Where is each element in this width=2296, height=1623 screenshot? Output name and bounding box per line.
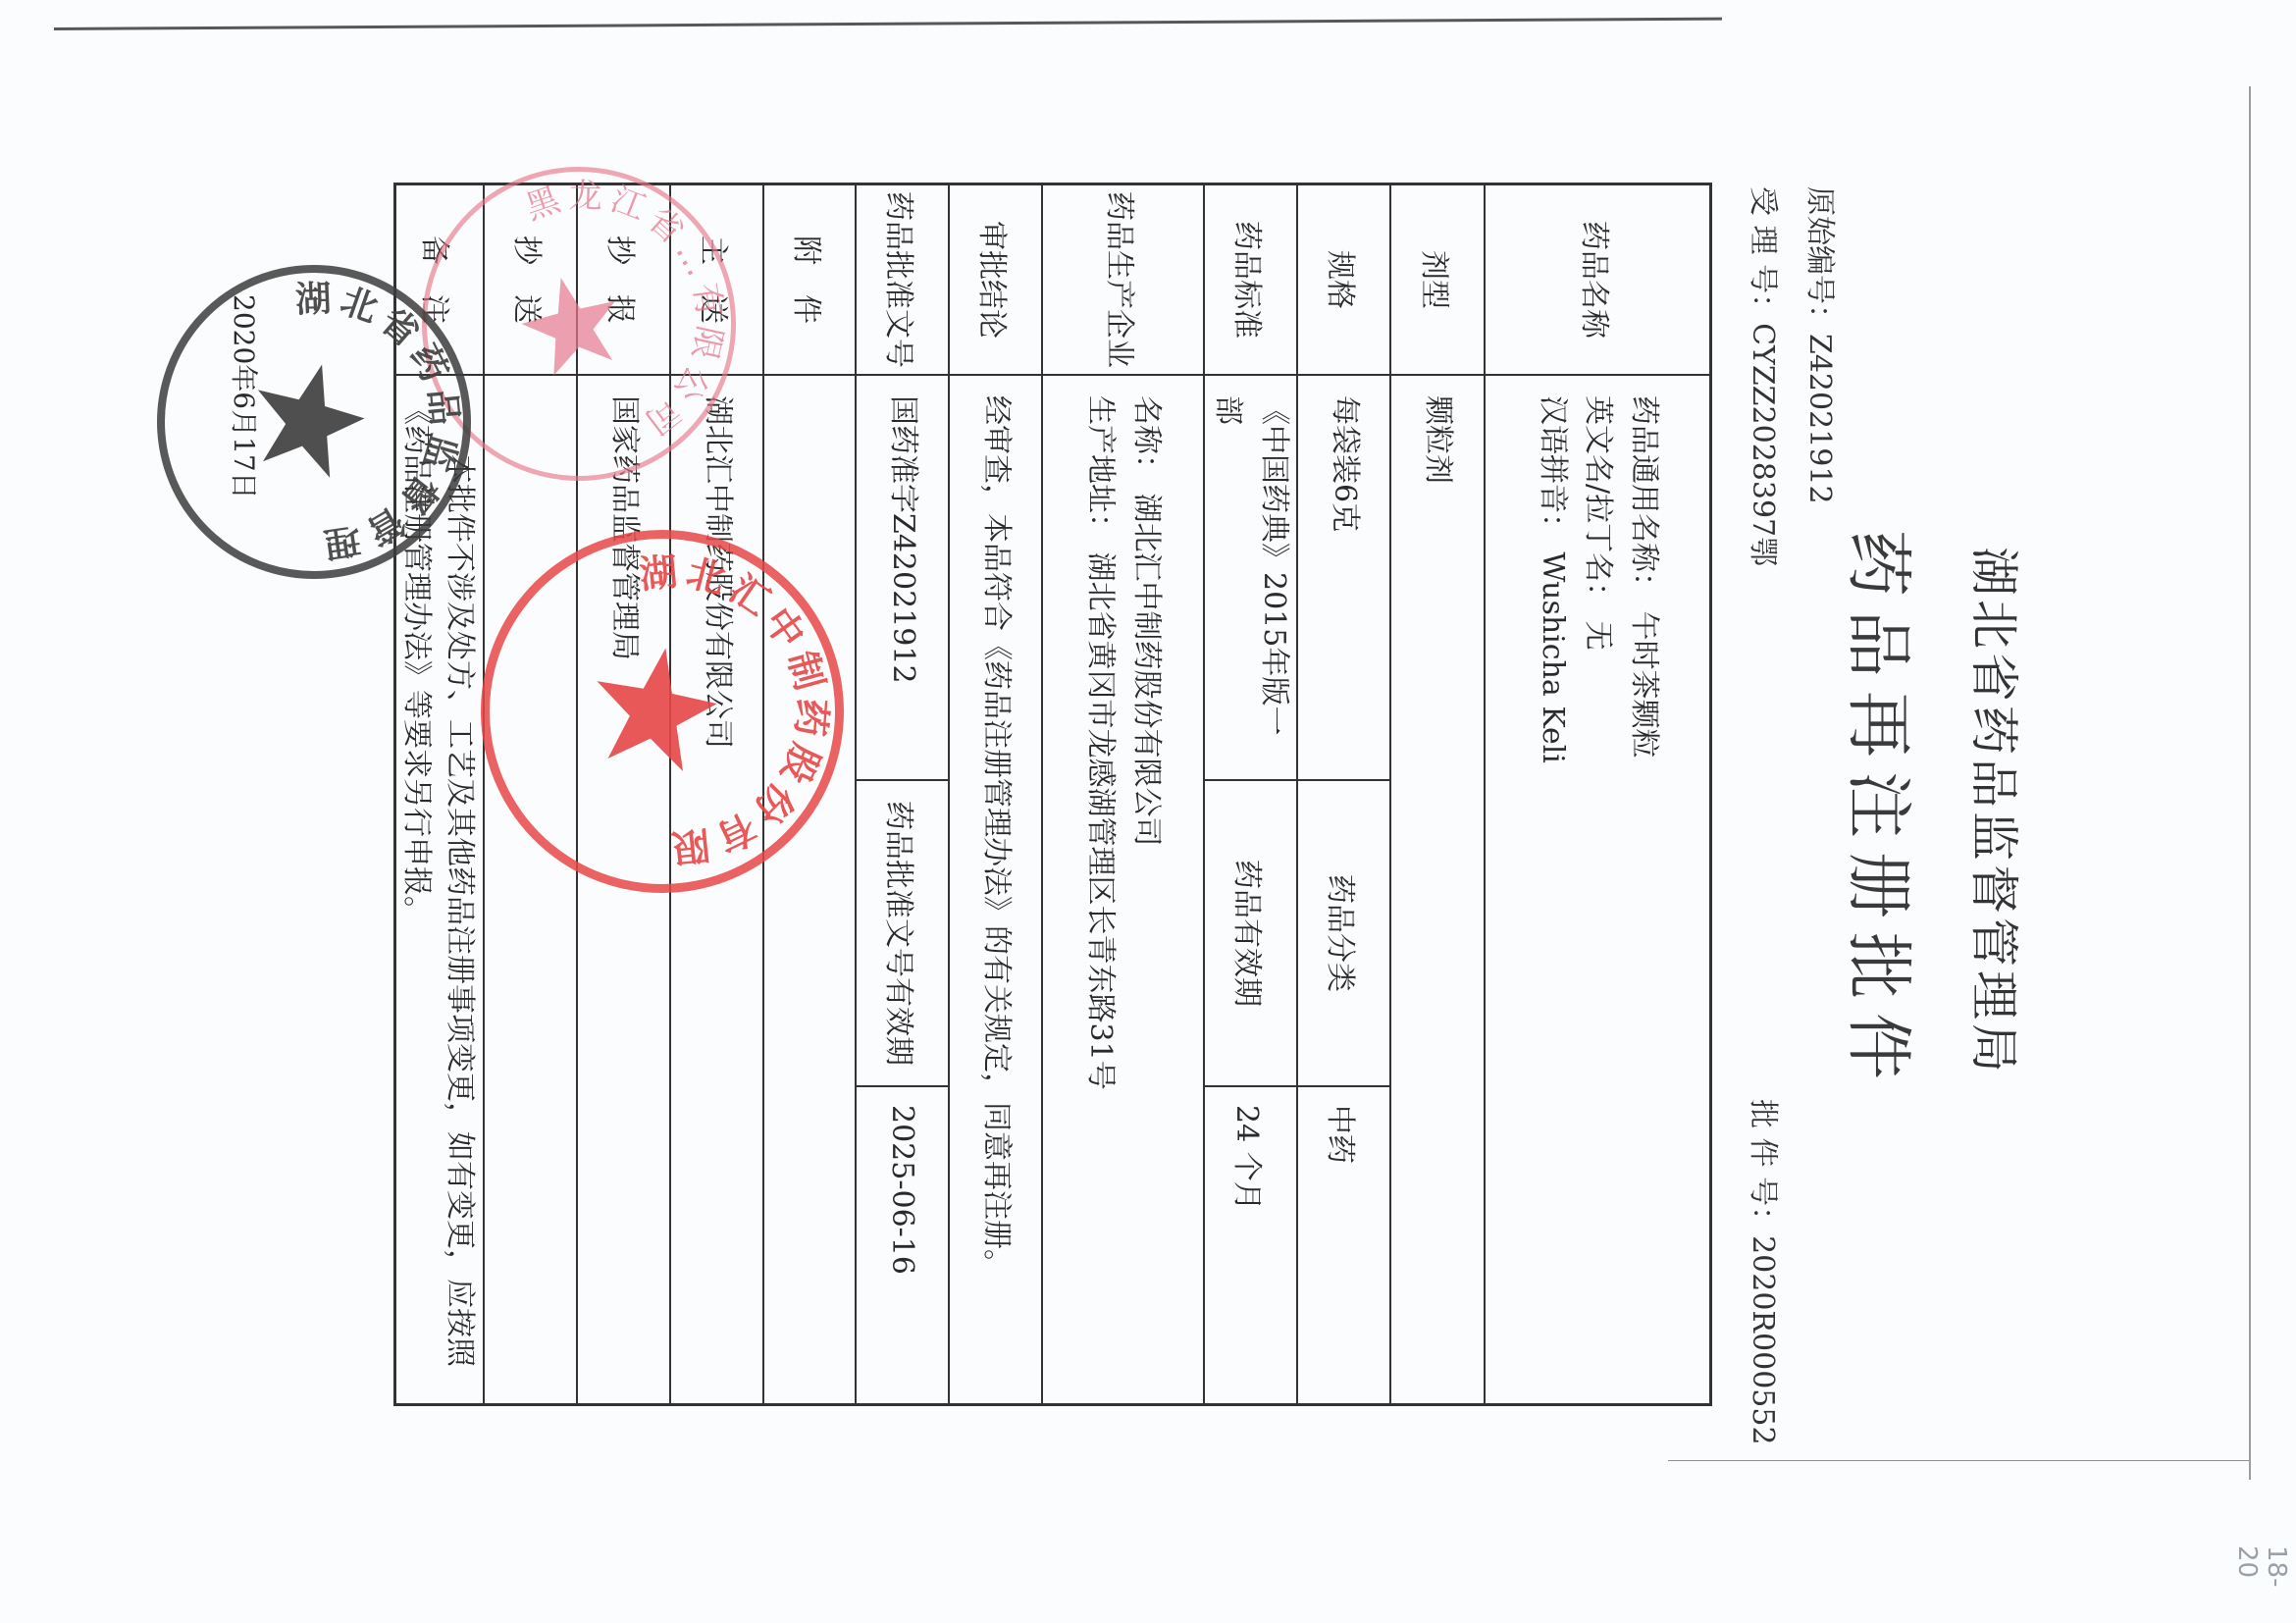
approval-document: 湖北省药品监督管理局 药品再注册批件 原始编号：Z42021912 受 理 号：…: [0, 0, 2296, 1623]
row-manufacturer: 药品生产企业 名称： 湖北汇中制药股份有限公司 生产地址： 湖北省黄冈市龙感湖管…: [1043, 185, 1205, 1403]
approval-number-value: 2020R000552: [1746, 1235, 1780, 1444]
label-conclusion: 审批结论: [950, 185, 1041, 376]
english-latin-name: 英文名/拉丁名： 无: [1575, 395, 1621, 1382]
label-standard: 药品标准: [1205, 185, 1296, 376]
manufacturer-name: 名称： 湖北汇中制药股份有限公司: [1123, 395, 1170, 1382]
star-icon: 湖北省药品监督管理局: [155, 263, 473, 581]
original-number-label: 原始编号：: [1802, 186, 1837, 334]
value-approval-doc-number: 国药准字Z42021912: [857, 374, 948, 778]
document-title: 药品再注册批件: [1836, 0, 1931, 1623]
row-approval-doc-number: 药品批准文号 国药准字Z42021912 药品批准文号有效期 2025-06-1…: [857, 185, 950, 1403]
row-dosage-form: 剂型 颗粒剂: [1391, 185, 1486, 1403]
approval-number-label: 批 件 号：: [1746, 1099, 1780, 1235]
label-shelf-life: 药品有效期: [1205, 779, 1296, 1087]
label-specification: 规格: [1298, 185, 1389, 376]
value-dosage-form: 颗粒剂: [1391, 374, 1484, 1403]
row-drug-name: 药品名称 药品通用名称： 午时茶颗粒 英文名/拉丁名： 无 汉语拼音： Wush…: [1486, 185, 1709, 1403]
label-approval-doc-number: 药品批准文号: [857, 185, 948, 376]
value-standard: 《中国药典》2015年版一部: [1205, 374, 1296, 778]
manufacturer-address: 生产地址： 湖北省黄冈市龙感湖管理区长青东路31号: [1077, 395, 1123, 1382]
label-manufacturer: 药品生产企业: [1043, 185, 1203, 376]
value-shelf-life: 24 个月: [1205, 1083, 1296, 1403]
label-drug-category: 药品分类: [1298, 779, 1389, 1087]
issue-date: 2020年6月17日: [226, 294, 265, 499]
original-number: 原始编号：Z42021912: [1801, 186, 1845, 504]
approval-number: 批 件 号：2020R000552: [1745, 1099, 1788, 1445]
issuer-heading: 湖北省药品监督管理局: [1962, 0, 2033, 1623]
acceptance-number-value: CYZZ2028397鄂: [1746, 323, 1780, 566]
star-icon: 湖北汇中制药股份有限公司: [467, 516, 858, 907]
acceptance-number-label: 受 理 号：: [1746, 186, 1780, 323]
value-approval-validity: 2025-06-16: [857, 1083, 948, 1403]
company-seal: 湖北汇中制药股份有限公司: [457, 506, 867, 916]
label-attachment: 附 件: [764, 185, 855, 376]
row-conclusion: 审批结论 经审查，本品符合《药品注册管理办法》的有关规定，同意再注册。: [950, 185, 1043, 1403]
row-standard: 药品标准 《中国药典》2015年版一部 药品有效期 24 个月: [1205, 185, 1298, 1403]
value-conclusion: 经审查，本品符合《药品注册管理办法》的有关规定，同意再注册。: [950, 374, 1041, 1403]
row-specification: 规格 每袋装6克 药品分类 中药: [1298, 185, 1391, 1403]
value-drug-category: 中药: [1298, 1083, 1389, 1403]
pinyin-name: 汉语拼音： Wushicha Keli: [1529, 395, 1575, 1382]
authority-seal: 湖北省药品监督管理局: [146, 254, 482, 590]
label-approval-validity: 药品批准文号有效期: [857, 779, 948, 1087]
value-manufacturer: 名称： 湖北汇中制药股份有限公司 生产地址： 湖北省黄冈市龙感湖管理区长青东路3…: [1043, 374, 1203, 1403]
value-specification: 每袋装6克: [1298, 374, 1389, 778]
value-drug-name: 药品通用名称： 午时茶颗粒 英文名/拉丁名： 无 汉语拼音： Wushicha …: [1486, 374, 1709, 1403]
generic-name: 药品通用名称： 午时茶颗粒: [1620, 395, 1666, 1382]
label-drug-name: 药品名称: [1486, 185, 1709, 376]
label-dosage-form: 剂型: [1391, 185, 1484, 376]
original-number-value: Z42021912: [1802, 334, 1837, 504]
acceptance-number: 受 理 号：CYZZ2028397鄂: [1745, 186, 1788, 566]
